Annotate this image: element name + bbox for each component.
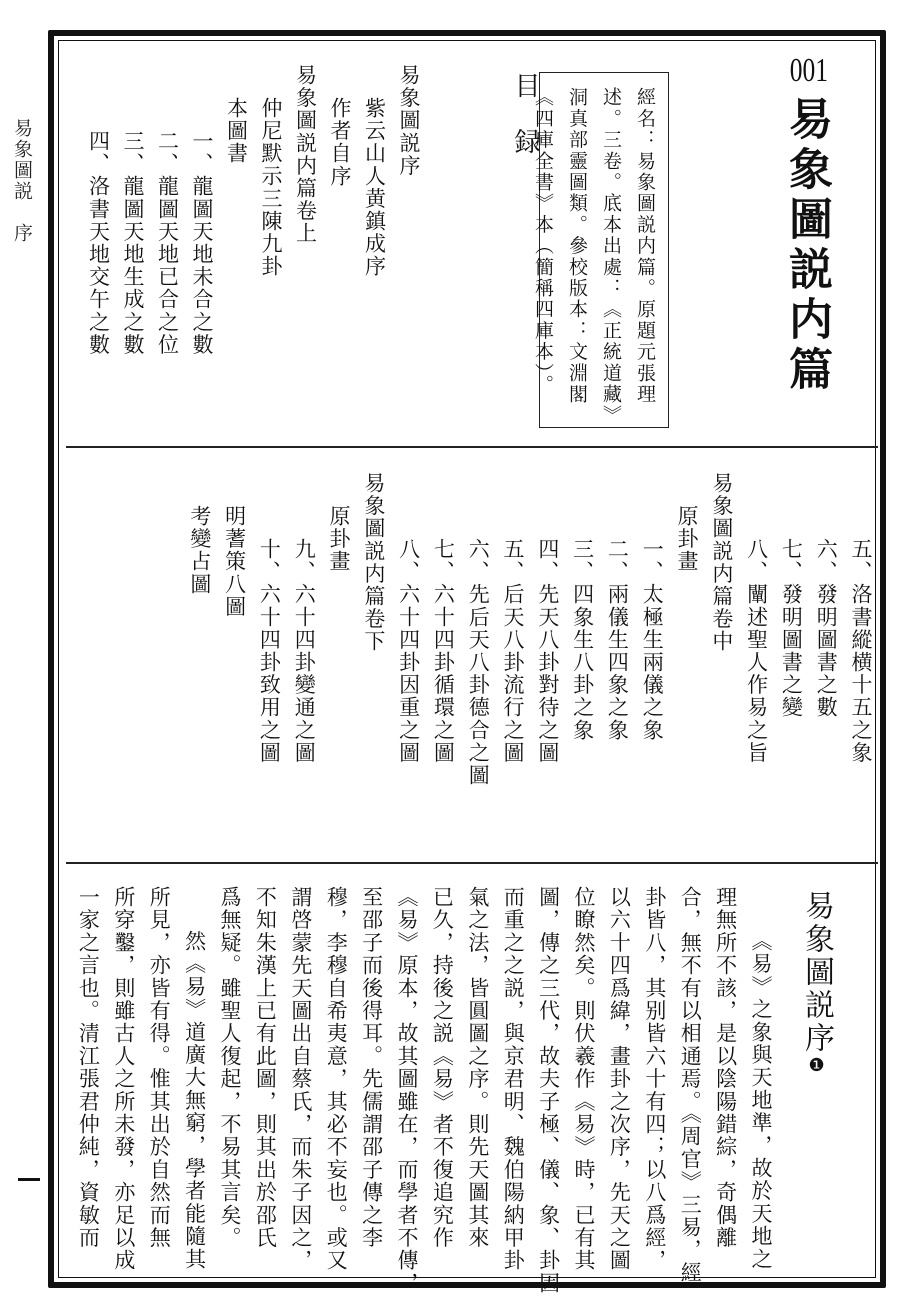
book-title: 易象圖説内篇	[782, 96, 830, 396]
middle-section: 五、洛書縱横十五之象六、發明圖書之數七、發明圖書之變八、闡述聖人作易之旨易象圖説…	[60, 450, 874, 860]
preface-line: 氣之法，皆圓圖之序。則先天圖其來	[463, 886, 493, 1249]
toc-entry: 一、太極生兩儀之象	[635, 538, 669, 741]
toc-entry: 八、六十四卦因重之圖	[392, 538, 426, 764]
source-note-box: 經名：易象圖説内篇。原題元張理述。三卷。底本出處：《正統道藏》洞真部靈圖類。參校…	[539, 72, 669, 428]
source-note-text: 經名：易象圖説内篇。原題元張理述。三卷。底本出處：《正統道藏》洞真部靈圖類。參校…	[526, 87, 662, 417]
toc-entry: 明蓍策八圖	[218, 505, 252, 618]
toc-entry: 七、發明圖書之變	[774, 538, 808, 719]
preface-line: 謂啓蒙先天圖出自蔡氏，而朱子因之，	[286, 886, 316, 1272]
toc-entry: 六、發明圖書之數	[809, 538, 843, 719]
toc-entry: 考變占圖	[183, 505, 217, 595]
toc-entry: 仲尼默示三陳九卦	[254, 97, 288, 278]
preface-title: 易象圖説序❶	[794, 890, 838, 1079]
preface-section: 易象圖説序❶ 《易》之象與天地準，故於天地之理無所不該，是以陰陽錯綜，奇偶離合，…	[60, 866, 874, 1276]
preface-line: 位瞭然矣。則伏羲作《易》時，已有其	[569, 886, 599, 1272]
toc-entry: 易象圖説内篇卷下	[357, 472, 391, 653]
toc-entry: 四、洛書天地交午之數	[82, 130, 116, 356]
toc-entry: 易象圖説内篇卷上	[289, 64, 323, 245]
top-section: 001 易象圖説内篇 經名：易象圖説内篇。原題元張理述。三卷。底本出處：《正統道…	[60, 42, 874, 444]
toc-entry: 七、六十四卦循環之圖	[426, 538, 460, 764]
preface-line: 合，無不有以相通焉。《周官》三易，經	[675, 886, 705, 1284]
preface-line: 穆，李穆自希夷意，其必不妄也。或又	[321, 886, 351, 1272]
preface-line: 不知朱漢上已有此圖，則其出於邵氏	[250, 886, 280, 1249]
preface-line: 所見，亦皆有得。惟其出於自然而無	[144, 886, 174, 1249]
preface-line: 而重之之説，與京君明、魏伯陽納甲卦	[498, 886, 528, 1272]
section-divider	[66, 446, 878, 448]
preface-line: 至邵子而後得耳。先儒謂邵子傳之李	[357, 886, 387, 1249]
toc-entry: 二、龍圖天地已合之位	[151, 130, 185, 356]
preface-line: 所穿鑿，則雖古人之所未發，亦足以成	[109, 886, 139, 1272]
toc-entry: 九、六十四卦變通之圖	[287, 538, 321, 764]
preface-line: 《易》原本，故其圖雖在，而學者不傳，	[392, 886, 422, 1295]
toc-entry: 易象圖説序	[392, 64, 426, 177]
preface-line: 已久，持後之説《易》者不復追究作	[427, 886, 457, 1249]
toc-entry: 八、闡述聖人作易之旨	[740, 538, 774, 764]
toc-entry: 二、兩儀生四象之象	[600, 538, 634, 741]
preface-line: 理無所不該，是以陰陽錯綜，奇偶離	[711, 886, 741, 1249]
toc-entry: 紫云山人黄鎮成序	[358, 97, 392, 278]
toc-entry: 五、洛書縱横十五之象	[844, 538, 878, 764]
toc-entry: 原卦畫	[670, 505, 704, 573]
toc-entry: 易象圖説内篇卷中	[705, 472, 739, 653]
preface-line: 然《易》道廣大無窮，學者能隨其	[180, 930, 210, 1271]
volume-number: 001	[790, 52, 828, 90]
toc-entry: 本圖書	[220, 97, 254, 165]
preface-line: 爲無疑。雖聖人復起，不易其言矣。	[215, 886, 245, 1249]
toc-entry: 五、后天八卦流行之圖	[496, 538, 530, 764]
preface-line: 一家之言也。清江張君仲純，資敏而	[73, 886, 103, 1249]
toc-heading: 目録	[507, 72, 544, 184]
toc-entry: 一、龍圖天地未合之數	[185, 130, 219, 356]
footnote-marker[interactable]: ❶	[806, 1055, 827, 1079]
preface-line: 《易》之象與天地準，故於天地之	[746, 930, 776, 1271]
preface-line: 以六十四爲緯，畫卦之次序，先天之圖	[604, 886, 634, 1272]
preface-line: 圖，傳之三代，故夫子極、儀、象、卦因	[534, 886, 564, 1295]
section-divider	[66, 862, 878, 864]
toc-entry: 三、龍圖天地生成之數	[116, 130, 150, 356]
toc-entry: 三、四象生八卦之象	[566, 538, 600, 741]
toc-entry: 十、六十四卦致用之圖	[252, 538, 286, 764]
preface-title-text: 易象圖説序	[799, 890, 834, 1055]
running-head: 易象圖説 序	[8, 118, 36, 244]
preface-line: 卦皆八，其别皆六十有四；以八爲經，	[640, 886, 670, 1272]
toc-entry: 原卦畫	[322, 505, 356, 573]
toc-entry: 作者自序	[323, 97, 357, 187]
toc-entry: 六、先后天八卦德合之圖	[461, 538, 495, 787]
page-number-mark	[18, 1178, 40, 1181]
toc-entry: 四、先天八卦對待之圖	[531, 538, 565, 764]
